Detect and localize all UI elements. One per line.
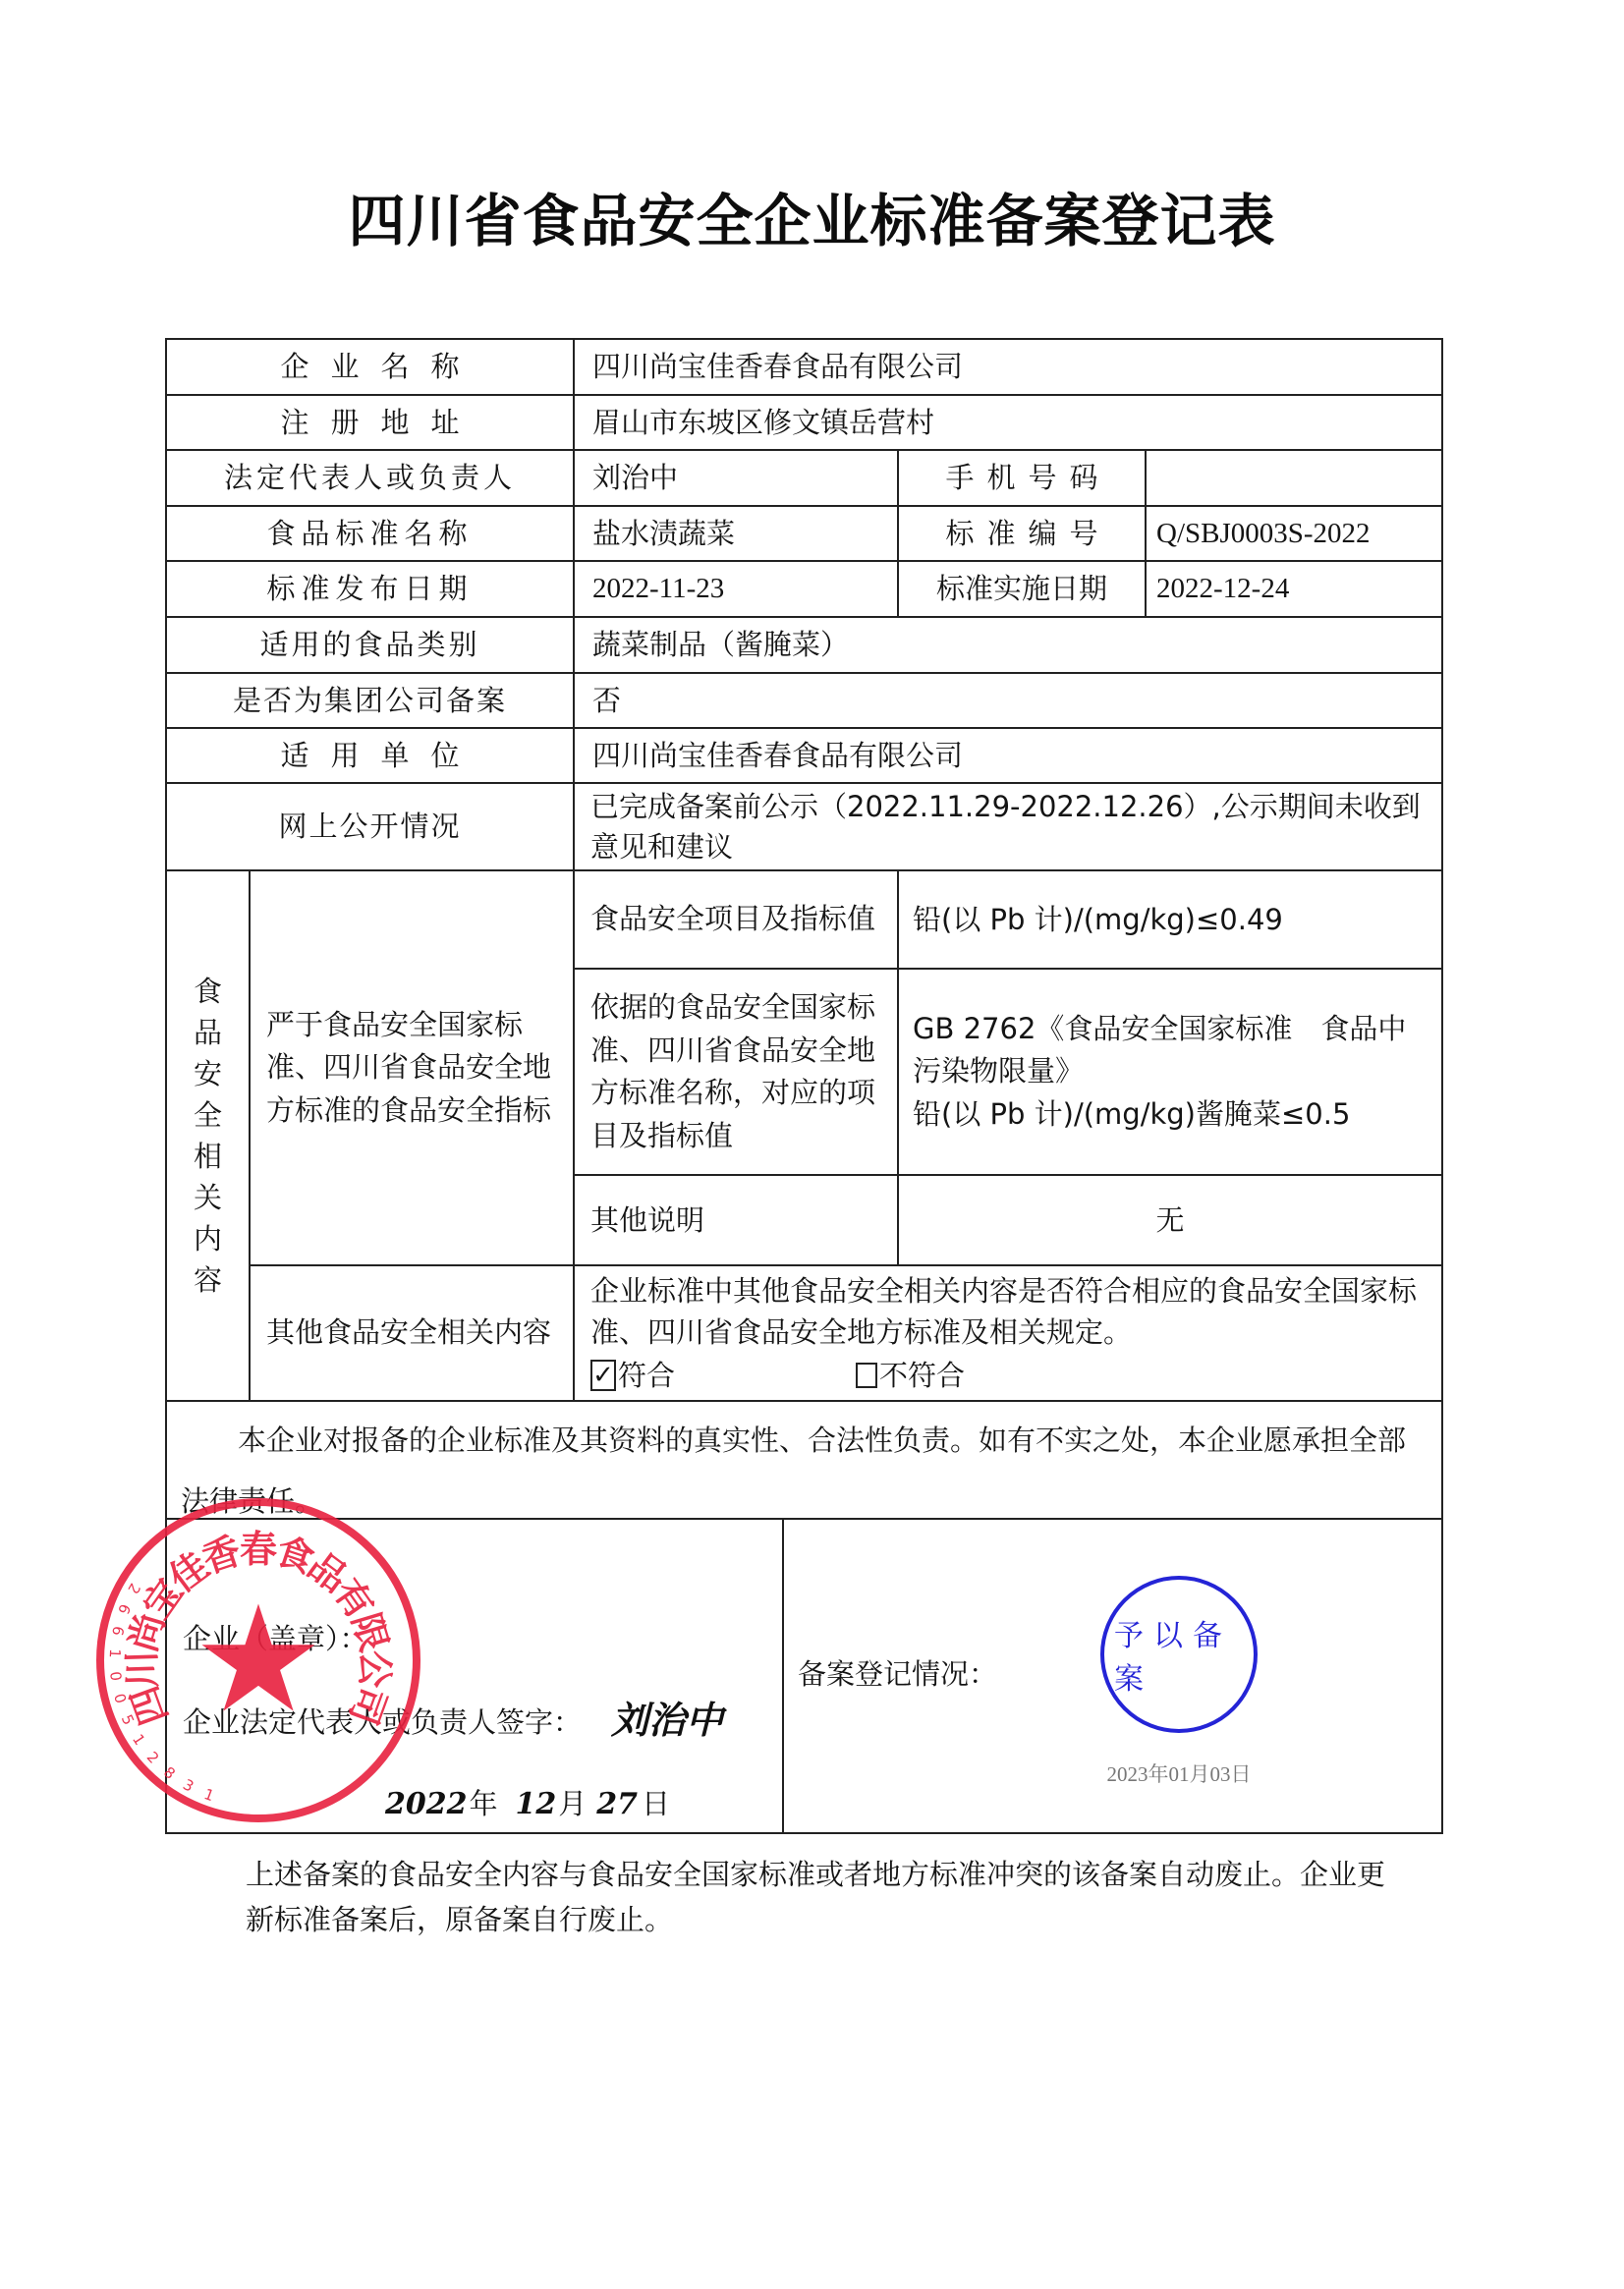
release-date-value: 2022-11-23 [573, 560, 899, 618]
section-char: 关 [194, 1177, 222, 1218]
declaration-text: 本企业对报备的企业标准及其资料的真实性、合法性负责。如有不实之处，本企业愿承担全… [165, 1400, 1443, 1520]
stricter-indicators-label: 严于食品安全国家标准、四川省食品安全地方标准的食品安全指标 [249, 869, 575, 1266]
address-label: 注册地址 [165, 394, 575, 451]
footer-note: 上述备案的食品安全内容与食品安全国家标准或者地方标准冲突的该备案自动废止。企业更… [246, 1852, 1385, 1942]
signer-handwriting: 刘治中 [611, 1693, 723, 1747]
enterprise-signature-cell: 企业（盖章）： 企业法定代表人或负责人签字： 刘治中 2022 年 12 月 2… [165, 1518, 784, 1834]
other-note-value: 无 [897, 1174, 1443, 1266]
online-publicity-label: 网上公开情况 [165, 782, 575, 871]
seal-code-digit: 0 [110, 1692, 130, 1705]
registration-form-table: 企业名称 四川尚宝佳香春食品有限公司 注册地址 眉山市东坡区修文镇岳营村 法定代… [165, 338, 1443, 1834]
day-char: 日 [642, 1783, 670, 1824]
company-name-label: 企业名称 [165, 338, 575, 396]
seal-code-digit: 2 [143, 1748, 163, 1766]
group-filing-value: 否 [573, 672, 1443, 729]
section-char: 内 [194, 1218, 222, 1259]
applicable-unit-label: 适用单位 [165, 727, 575, 784]
section-char: 品 [194, 1012, 222, 1053]
section-char: 食 [194, 971, 222, 1012]
filing-approved-stamp: 予以备案 [1100, 1576, 1258, 1733]
legal-rep-value: 刘治中 [573, 449, 899, 507]
option-not-comply-label: 不符合 [879, 1355, 965, 1396]
effective-date-label: 标准实施日期 [897, 560, 1147, 618]
basis-standard-name: GB 2762《食品安全国家标准 食品中污染物限量》 [913, 1008, 1428, 1093]
phone-label: 手机号码 [897, 449, 1147, 507]
checkbox-checked-icon[interactable]: ✓ [590, 1360, 616, 1391]
effective-date-value: 2022-12-24 [1145, 560, 1443, 618]
filing-status-label: 备案登记情况： [798, 1653, 997, 1695]
other-note-label: 其他说明 [573, 1174, 899, 1266]
sign-date: 2022 年 12 月 27 日 [385, 1783, 670, 1826]
year-char: 年 [470, 1783, 498, 1824]
checkbox-empty-icon[interactable] [856, 1363, 877, 1388]
standard-name-label: 食品标准名称 [165, 505, 575, 562]
filing-date: 2023年01月03日 [1081, 1759, 1277, 1788]
food-category-label: 适用的食品类别 [165, 616, 575, 674]
address-value: 眉山市东坡区修文镇岳营村 [573, 394, 1443, 451]
seal-code-digit: 2 [124, 1580, 143, 1596]
section-char: 全 [194, 1094, 222, 1136]
option-comply[interactable]: ✓ 符合 [590, 1355, 856, 1396]
safety-item-label: 食品安全项目及指标值 [573, 869, 899, 970]
sign-date-day: 27 [596, 1783, 638, 1826]
seal-code-digit: 1 [106, 1648, 124, 1658]
standard-number-value: Q/SBJ0003S-2022 [1145, 505, 1443, 562]
legal-rep-label: 法定代表人或负责人 [165, 449, 575, 507]
food-safety-section-label: 食 品 安 全 相 关 内 容 [165, 869, 251, 1402]
safety-item-value: 铅(以 Pb 计)/(mg/kg)≤0.49 [897, 869, 1443, 970]
seal-code-digit: 5 [118, 1712, 138, 1728]
seal-code-digit: 1 [129, 1731, 148, 1749]
standard-name-value: 盐水渍蔬菜 [573, 505, 899, 562]
seal-label: 企业（盖章）： [183, 1618, 368, 1659]
applicable-unit-value: 四川尚宝佳香春食品有限公司 [573, 727, 1443, 784]
basis-standard-value: GB 2762《食品安全国家标准 食品中污染物限量》 铅(以 Pb 计)/(mg… [897, 968, 1443, 1176]
signer-label: 企业法定代表人或负责人签字： [183, 1702, 582, 1743]
basis-standard-label: 依据的食品安全国家标准、四川省食品安全地方标准名称，对应的项目及指标值 [573, 968, 899, 1176]
seal-char: 川 [111, 1649, 166, 1689]
standard-number-label: 标准编号 [897, 505, 1147, 562]
seal-code-digit: 0 [106, 1670, 125, 1681]
option-comply-label: 符合 [618, 1355, 675, 1396]
page-title: 四川省食品安全企业标准备案登记表 [0, 175, 1624, 257]
compliance-question: 企业标准中其他食品安全相关内容是否符合相应的食品安全国家标准、四川省食品安全地方… [590, 1270, 1428, 1353]
compliance-options: ✓ 符合 不符合 [590, 1355, 965, 1396]
month-char: 月 [558, 1783, 587, 1824]
online-publicity-value: 已完成备案前公示（2022.11.29-2022.12.26）,公示期间未收到意… [573, 782, 1443, 871]
group-filing-label: 是否为集团公司备案 [165, 672, 575, 729]
other-content-value: 企业标准中其他食品安全相关内容是否符合相应的食品安全国家标准、四川省食品安全地方… [573, 1264, 1443, 1402]
company-name-value: 四川尚宝佳香春食品有限公司 [573, 338, 1443, 396]
other-content-label: 其他食品安全相关内容 [249, 1264, 575, 1402]
food-category-value: 蔬菜制品（酱腌菜） [573, 616, 1443, 674]
option-not-comply[interactable]: 不符合 [856, 1355, 965, 1396]
release-date-label: 标准发布日期 [165, 560, 575, 618]
section-char: 安 [194, 1053, 222, 1094]
seal-code-digit: 6 [114, 1601, 134, 1616]
phone-value [1145, 449, 1443, 507]
section-char: 相 [194, 1136, 222, 1177]
basis-standard-limit: 铅(以 Pb 计)/(mg/kg)酱腌菜≤0.5 [913, 1093, 1350, 1137]
section-char: 容 [194, 1259, 222, 1301]
seal-code-digit: 6 [108, 1625, 128, 1638]
sign-date-month: 12 [516, 1783, 557, 1826]
sign-date-year: 2022 [385, 1783, 468, 1826]
